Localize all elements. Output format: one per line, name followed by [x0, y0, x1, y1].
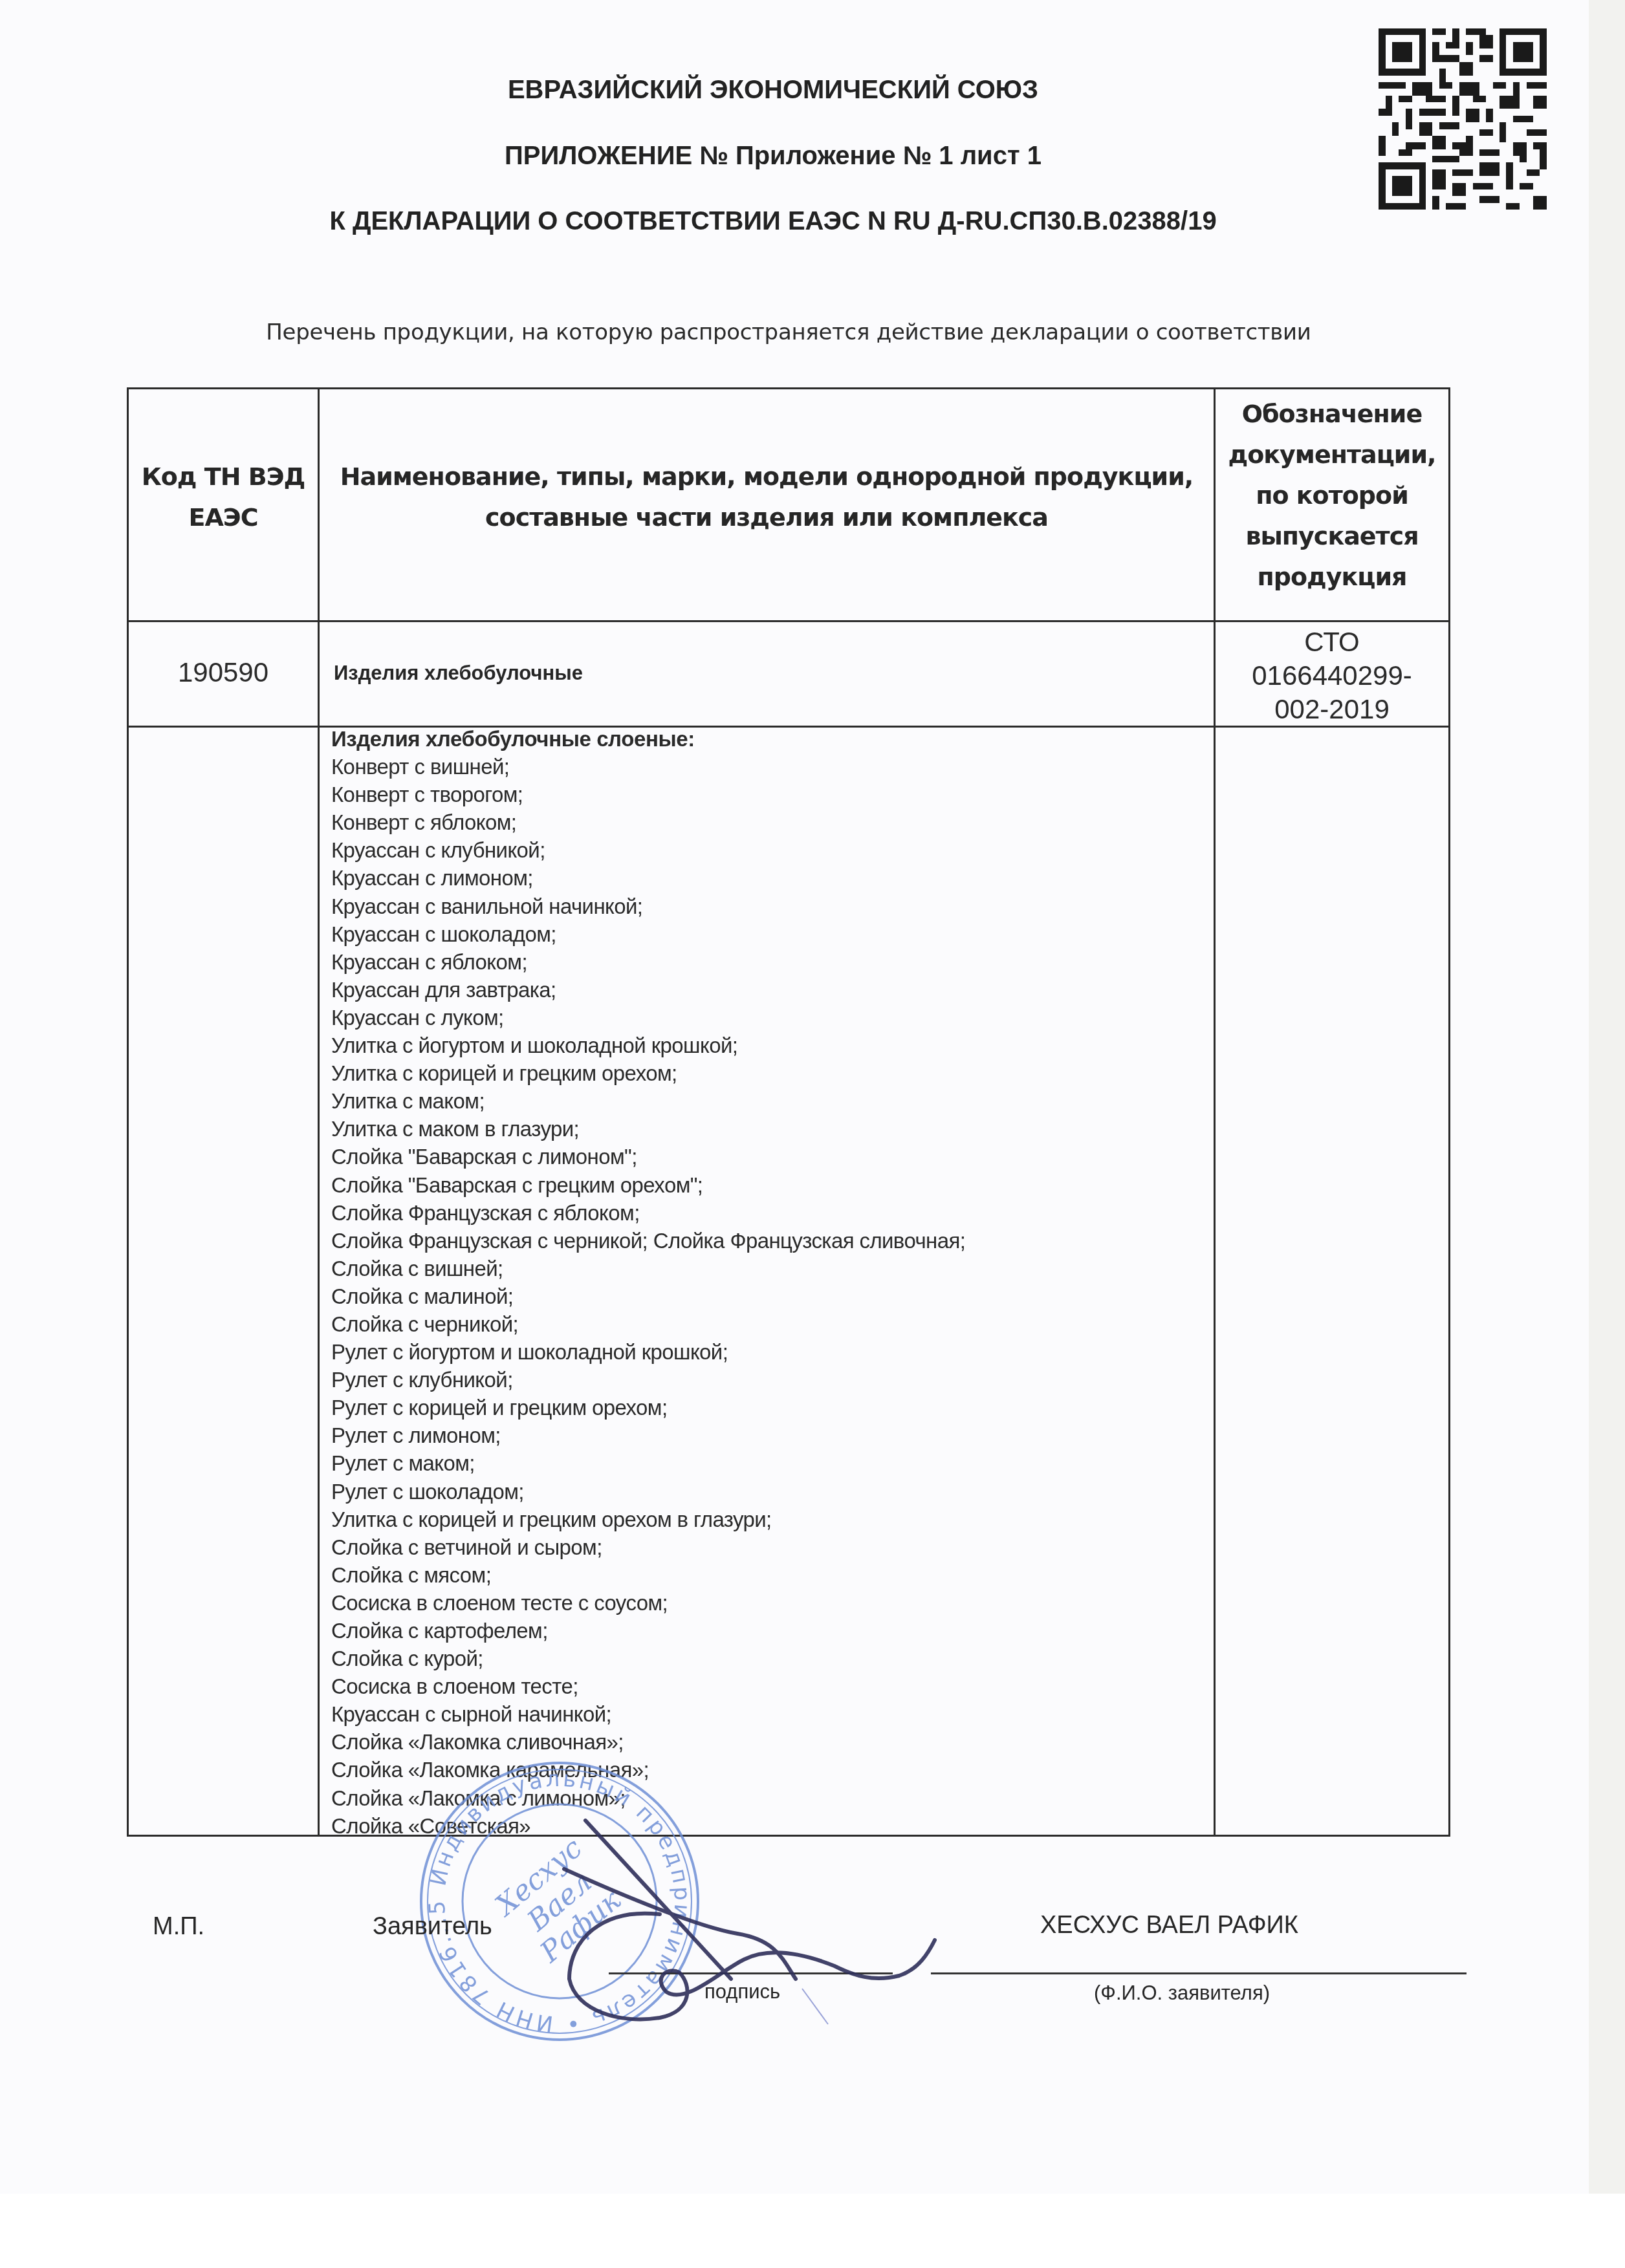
- product-list-item: Слойка с ветчиной и сыром;: [331, 1533, 1017, 1561]
- product-list-item: Конверт с яблоком;: [331, 808, 1017, 836]
- product-list-item: Рулет с шоколадом;: [331, 1478, 1017, 1506]
- product-list-item: Конверт с вишней;: [331, 753, 1017, 781]
- products-table: Код ТН ВЭД ЕАЭС Наименование, типы, марк…: [127, 387, 1450, 1837]
- name-caption: (Ф.И.О. заявителя): [1094, 1982, 1270, 2005]
- header-line: выпускается: [1216, 516, 1448, 557]
- product-list-item: Улитка с маком;: [331, 1087, 1017, 1115]
- column-header-code: Код ТН ВЭД ЕАЭС: [127, 457, 320, 538]
- product-list-item: Рулет с лимоном;: [331, 1421, 1017, 1449]
- appendix-title: ПРИЛОЖЕНИЕ № Приложение № 1 лист 1: [129, 142, 1417, 171]
- product-list-item: Круассан для завтрака;: [331, 976, 1017, 1004]
- doc-line: 002-2019: [1216, 693, 1448, 726]
- seal-label: М.П.: [153, 1913, 204, 1941]
- product-list-item: Круассан с ванильной начинкой;: [331, 892, 1017, 920]
- header-line: ЕАЭС: [127, 497, 320, 538]
- doc-line: 0166440299-: [1216, 659, 1448, 693]
- header-line: Наименование, типы, марки, модели одноро…: [320, 457, 1214, 497]
- header-line: по которой: [1216, 475, 1448, 516]
- doc-line: СТО: [1216, 625, 1448, 659]
- product-list-item: Конверт с творогом;: [331, 781, 1017, 808]
- product-list-item: Слойка "Баварская с грецким орехом";: [331, 1171, 1017, 1199]
- product-list-item: Улитка с корицей и грецким орехом;: [331, 1059, 1017, 1087]
- product-list-item: Слойка с мясом;: [331, 1561, 1017, 1589]
- product-list-subtitle: Перечень продукции, на которую распростр…: [127, 319, 1450, 345]
- product-list-item: Улитка с маком в глазури;: [331, 1115, 1017, 1143]
- product-list-item: Слойка "Баварская с лимоном";: [331, 1143, 1017, 1171]
- product-list-item: Круассан с клубникой;: [331, 836, 1017, 864]
- product-list-item: Сосиска в слоеном тесте;: [331, 1672, 1017, 1700]
- product-list-item: Улитка с йогуртом и шоколадной крошкой;: [331, 1031, 1017, 1059]
- header-line: составные части изделия или комплекса: [320, 497, 1214, 538]
- product-list-item: Слойка с вишней;: [331, 1255, 1017, 1282]
- applicant-name: ХЕСХУС ВАЕЛ РАФИК: [1040, 1912, 1298, 1939]
- product-list-item: Круассан с луком;: [331, 1004, 1017, 1031]
- header-line: Код ТН ВЭД: [127, 457, 320, 497]
- table-header-divider: [127, 620, 1450, 622]
- product-list-item: Рулет с корицей и грецким орехом;: [331, 1394, 1017, 1421]
- product-list-item: Рулет с маком;: [331, 1449, 1017, 1477]
- name-line: [931, 1972, 1467, 1974]
- table-border-right: [1448, 387, 1450, 1837]
- header-line: продукция: [1216, 557, 1448, 598]
- declaration-title: К ДЕКЛАРАЦИИ О СООТВЕТСТВИИ ЕАЭС N RU Д-…: [129, 207, 1417, 236]
- product-list-item: Сосиска в слоеном тесте с соусом;: [331, 1589, 1017, 1617]
- table-col-divider-2: [1214, 387, 1216, 1837]
- product-list-item: Слойка с картофелем;: [331, 1617, 1017, 1645]
- table-border-top: [127, 387, 1450, 389]
- product-list-item: Рулет с клубникой;: [331, 1366, 1017, 1394]
- product-list-item: Круассан с яблоком;: [331, 948, 1017, 976]
- header-line: документации,: [1216, 435, 1448, 475]
- signature-line: [609, 1972, 893, 1974]
- applicant-label: Заявитель: [373, 1913, 492, 1941]
- header-line: Обозначение: [1216, 394, 1448, 435]
- product-list-item: Круассан с шоколадом;: [331, 920, 1017, 948]
- column-header-documentation: Обозначение документации, по которой вып…: [1216, 394, 1448, 598]
- product-list-item: Рулет с йогуртом и шоколадной крошкой;: [331, 1338, 1017, 1366]
- product-list-item: Слойка с курой;: [331, 1645, 1017, 1672]
- signature-caption: подпись: [704, 1980, 780, 2003]
- product-list-item: Улитка с корицей и грецким орехом в глаз…: [331, 1506, 1017, 1533]
- scan-edge: [1589, 0, 1625, 2194]
- product-list-item: Круассан с сырной начинкой;: [331, 1700, 1017, 1728]
- product-list-item: Слойка с черникой;: [331, 1310, 1017, 1338]
- qr-code-icon: [1379, 28, 1547, 210]
- product-list-item: Круассан с лимоном;: [331, 864, 1017, 892]
- product-list-item: Слойка Французская с черникой; Слойка Фр…: [331, 1227, 1017, 1255]
- union-title: ЕВРАЗИЙСКИЙ ЭКОНОМИЧЕСКИЙ СОЮЗ: [129, 76, 1417, 105]
- product-list: Изделия хлебобулочные слоеные: Конверт с…: [331, 725, 1017, 1840]
- table-border-left: [127, 387, 129, 1837]
- seal-stamp: Индивидуальный предприниматель • ИНН 781…: [417, 1759, 702, 2044]
- product-list-item: Слойка с малиной;: [331, 1282, 1017, 1310]
- row-documentation: СТО 0166440299- 002-2019: [1216, 625, 1448, 726]
- product-list-item: Слойка «Лакомка сливочная»;: [331, 1728, 1017, 1756]
- row-code: 190590: [127, 657, 320, 688]
- row-product-name: Изделия хлебобулочные: [334, 662, 583, 685]
- column-header-name: Наименование, типы, марки, модели одноро…: [320, 457, 1214, 538]
- product-group-heading: Изделия хлебобулочные слоеные:: [331, 725, 1017, 753]
- table-col-divider-1: [318, 387, 320, 1837]
- product-list-item: Слойка Французская с яблоком;: [331, 1199, 1017, 1227]
